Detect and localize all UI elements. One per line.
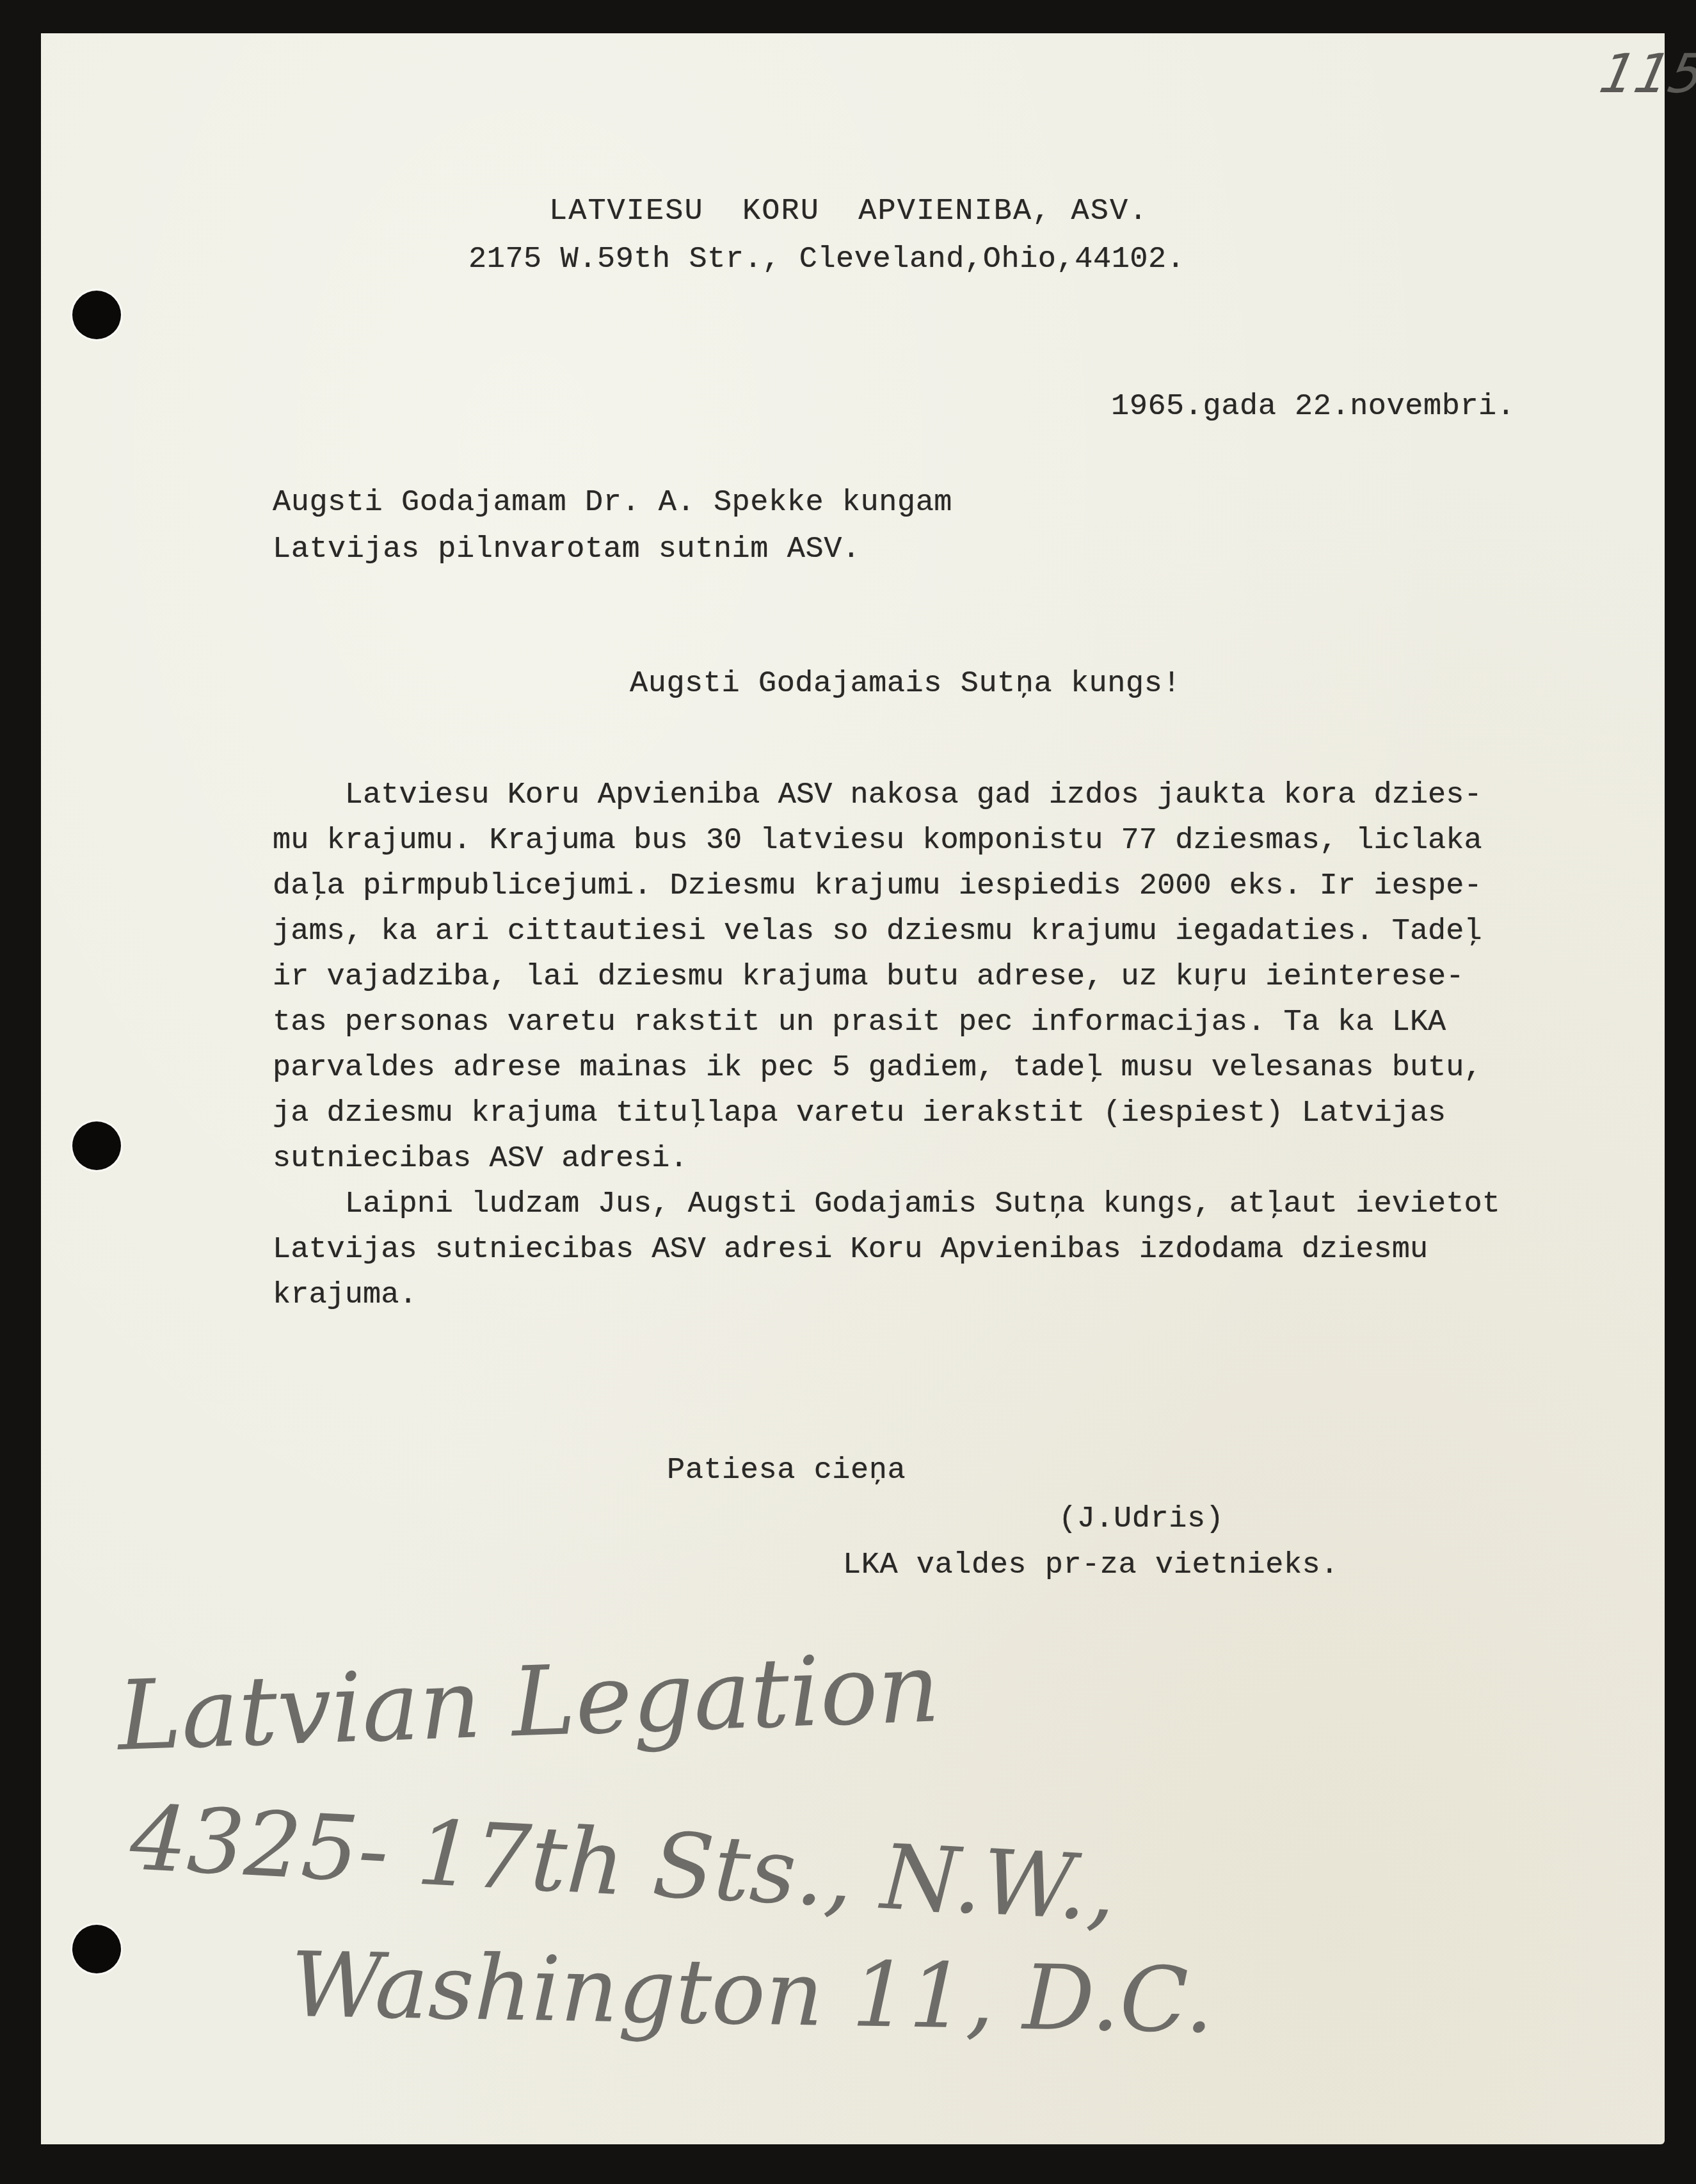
body-line: parvaldes adrese mainas ik pec 5 gadiem,… (273, 1045, 1642, 1091)
body-line: mu krajumu. Krajuma bus 30 latviesu komp… (273, 818, 1642, 863)
body-line: Laipni ludzam Jus, Augsti Godajamis Sutņ… (273, 1182, 1642, 1227)
body-line: ja dziesmu krajuma tituļlapa varetu iera… (273, 1091, 1642, 1136)
handwritten-note-line-3: Washington 11, D.C. (290, 1941, 1215, 2046)
handwritten-note-line-2: 4325- 17th Sts., N.W., (128, 1794, 1117, 1934)
salutation: Augsti Godajamais Sutņa kungs! (630, 669, 1181, 699)
signature-name: (J.Udris) (1059, 1504, 1224, 1534)
closing: Patiesa cieņa (667, 1456, 906, 1486)
signature-title: LKA valdes pr-za vietnieks. (843, 1550, 1339, 1580)
body-line: ir vajadziba, lai dziesmu krajuma butu a… (273, 954, 1642, 1000)
punch-hole-top (72, 291, 121, 339)
handwritten-note-line-1: Latvian Legation (116, 1640, 941, 1765)
body-line: Latviesu Koru Apvieniba ASV nakosa gad i… (273, 773, 1642, 818)
body-line: krajuma. (273, 1273, 1642, 1318)
body-line: tas personas varetu rakstit un prasit pe… (273, 1000, 1642, 1045)
body-line: sutniecibas ASV adresi. (273, 1136, 1642, 1182)
page-number: 115 (1595, 42, 1696, 105)
punch-hole-middle (72, 1121, 121, 1170)
body-line: jams, ka ari cittautiesi velas so dziesm… (273, 909, 1642, 954)
punch-hole-bottom (72, 1925, 121, 1973)
letter-page: 115 LATVIESU KORU APVIENIBA, ASV. 2175 W… (41, 33, 1665, 2144)
recipient-line-2: Latvijas pilnvarotam sutnim ASV. (273, 534, 861, 565)
body-line: daļa pirmpublicejumi. Dziesmu krajumu ie… (273, 863, 1642, 909)
recipient-line-1: Augsti Godajamam Dr. A. Spekke kungam (273, 488, 952, 518)
letterhead-organization: LATVIESU KORU APVIENIBA, ASV. (549, 197, 1148, 227)
letter-date: 1965.gada 22.novembri. (1111, 392, 1516, 422)
letterhead-address: 2175 W.59th Str., Cleveland,Ohio,44102. (468, 245, 1185, 275)
body-line: Latvijas sutniecibas ASV adresi Koru Apv… (273, 1227, 1642, 1273)
letter-body: Latviesu Koru Apvieniba ASV nakosa gad i… (273, 773, 1642, 1318)
